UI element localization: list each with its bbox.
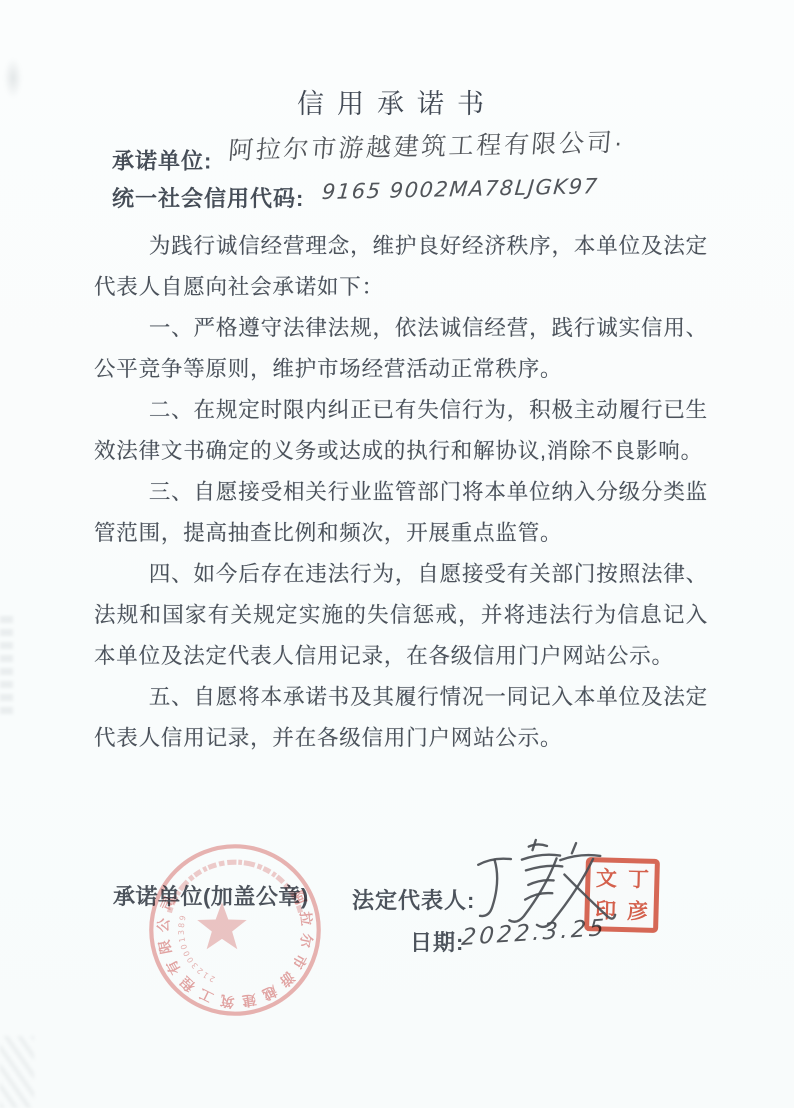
footer-representative-label: 法定代表人: bbox=[352, 884, 475, 915]
paragraph-intro: 为践行诚信经营理念，维护良好经济秩序，本单位及法定代表人自愿向社会承诺如下： bbox=[94, 226, 708, 308]
credit-code-value-handwritten: 9165 9002MA78LJGK97 bbox=[321, 174, 600, 204]
credit-code-label: 统一社会信用代码: bbox=[112, 186, 304, 211]
company-seal: 阿拉尔市游越建筑工程有限公司 21230001389 bbox=[142, 837, 328, 1023]
star-icon bbox=[197, 902, 246, 949]
footer-date-label: 日期: bbox=[410, 926, 464, 957]
paragraph-item-1: 一、严格遵守法律法规，依法诚信经营，践行诚实信用、公平竞争等原则，维护市场经营活… bbox=[94, 308, 708, 390]
paragraph-item-3: 三、自愿接受相关行业监管部门将本单位纳入分级分类监管范围，提高抽查比例和频次，开… bbox=[94, 472, 708, 554]
unit-value-handwritten: 阿拉尔市游越建筑工程有限公司· bbox=[227, 123, 627, 167]
document-title: 信用承诺书 bbox=[0, 84, 794, 124]
unit-label: 承诺单位: bbox=[112, 148, 212, 173]
representative-signature bbox=[468, 835, 617, 942]
name-seal-char: 丁 bbox=[628, 869, 650, 891]
seal-ring bbox=[151, 846, 318, 1013]
paragraph-item-4: 四、如今后存在违法行为，自愿接受有关部门按照法律、法规和国家有关规定实施的失信惩… bbox=[94, 554, 708, 677]
scan-artifact bbox=[0, 1036, 34, 1108]
unit-field-row: 承诺单位: 阿拉尔市游越建筑工程有限公司· bbox=[112, 136, 794, 182]
scan-artifact bbox=[0, 616, 13, 718]
body-paragraphs: 为践行诚信经营理念，维护良好经济秩序，本单位及法定代表人自愿向社会承诺如下： 一… bbox=[94, 226, 708, 759]
uyghur-script-arc bbox=[169, 862, 300, 912]
scanned-document-page: 信用承诺书 承诺单位: 阿拉尔市游越建筑工程有限公司· 统一社会信用代码: 91… bbox=[0, 0, 794, 1108]
name-seal-char: 彦 bbox=[627, 901, 649, 923]
paragraph-item-2: 二、在规定时限内纠正已有失信行为，积极主动履行已生效法律文书确定的义务或达成的执… bbox=[94, 390, 708, 472]
paragraph-item-5: 五、自愿将本承诺书及其履行情况一同记入本单位及法定代表人信用记录，并在各级信用门… bbox=[94, 677, 708, 759]
credit-code-field-row: 统一社会信用代码: 9165 9002MA78LJGK97 bbox=[112, 182, 794, 222]
